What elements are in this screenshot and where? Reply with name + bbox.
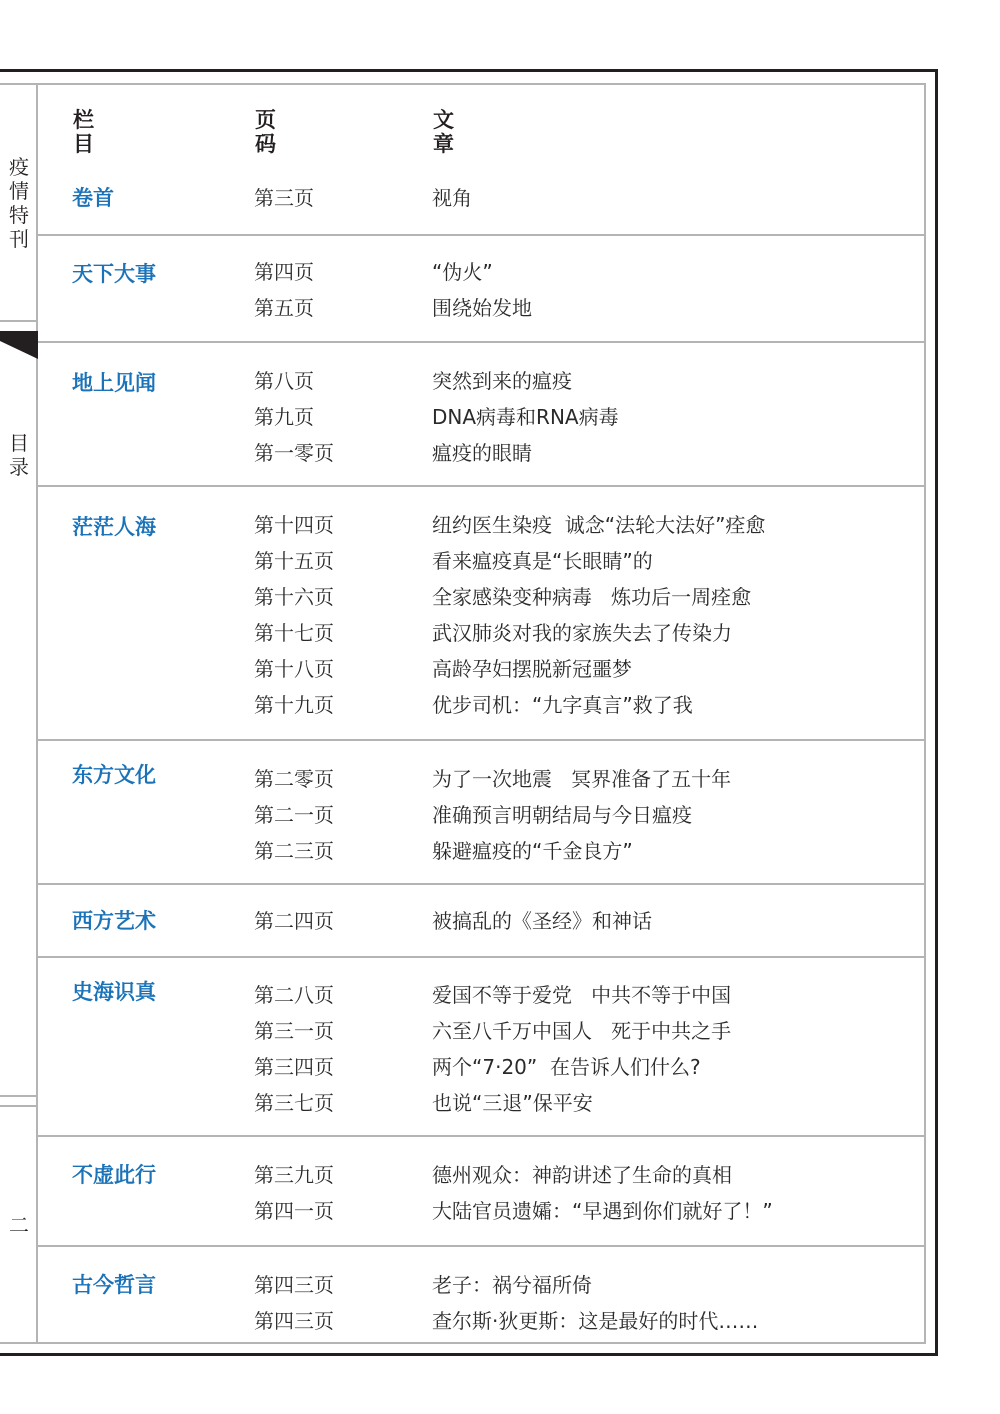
page-number: 第十六页 [254,579,334,615]
toc-section-western-art: 西方艺术 第二四页 被搞乱的《圣经》和神话 [38,883,924,956]
sidebar-char: 情 [0,179,38,203]
header-char: 码 [255,132,276,156]
page-number: 第二零页 [254,761,334,797]
sidebar-char: 刊 [0,227,38,251]
article-title[interactable]: 查尔斯·狄更斯：这是最好的时代…… [432,1303,758,1339]
article-title[interactable]: 德州观众：神韵讲述了生命的真相 [432,1157,773,1193]
toc-section-ancient-modern-wisdom: 古今哲言 第四三页 第四三页 老子：祸兮福所倚 查尔斯·狄更斯：这是最好的时代…… [38,1245,924,1342]
page-number: 第三四页 [254,1049,334,1085]
section-name[interactable]: 天下大事 [72,256,156,292]
page-number: 第三七页 [254,1085,334,1121]
page-number: 第九页 [254,399,334,435]
sidebar-divider [0,320,36,322]
article-title[interactable]: 爱国不等于爱党 中共不等于中国 [432,977,731,1013]
toc-section-history-truth: 史海识真 第二八页 第三一页 第三四页 第三七页 爱国不等于爱党 中共不等于中国… [38,956,924,1135]
page-number: 第八页 [254,363,334,399]
article-title[interactable]: 视角 [432,180,472,216]
sidebar-divider [0,1105,36,1107]
header-char: 栏 [73,108,94,132]
sidebar: 疫 情 特 刊 目 录 二 [0,85,38,1342]
article-title[interactable]: DNA病毒和RNA病毒 [432,399,619,435]
section-name[interactable]: 史海识真 [72,974,156,1010]
page-number: 第十七页 [254,615,334,651]
column-header-page: 页 码 [255,108,276,156]
sidebar-label-page-number: 二 [0,1213,38,1237]
article-title[interactable]: 也说“三退”保平安 [432,1085,731,1121]
article-title[interactable]: 看来瘟疫真是“长眼睛”的 [432,543,765,579]
sidebar-char: 疫 [0,155,38,179]
sidebar-char: 特 [0,203,38,227]
sidebar-char: 目 [0,431,38,455]
toc-section-eastern-culture: 东方文化 第二零页 第二一页 第二三页 为了一次地震 冥界准备了五十年 准确预言… [38,739,924,883]
article-title[interactable]: 围绕始发地 [432,290,532,326]
sidebar-divider [0,1095,36,1097]
page-number: 第十五页 [254,543,334,579]
sidebar-char: 录 [0,455,38,479]
article-title[interactable]: 突然到来的瘟疫 [432,363,619,399]
sidebar-marker-triangle [0,331,38,359]
article-title[interactable]: 武汉肺炎对我的家族失去了传染力 [432,615,765,651]
page-number: 第二一页 [254,797,334,833]
page-number: 第三页 [254,180,314,216]
page-number: 第四页 [254,254,314,290]
section-name[interactable]: 古今哲言 [72,1267,156,1303]
page-number: 第四三页 [254,1267,334,1303]
toc-section-vast-sea-of-people: 茫茫人海 第十四页 第十五页 第十六页 第十七页 第十八页 第十九页 纽约医生染… [38,485,924,739]
article-title[interactable]: 准确预言明朝结局与今日瘟疫 [432,797,731,833]
article-title[interactable]: 躲避瘟疫的“千金良方” [432,833,731,869]
header-char: 文 [433,108,454,132]
header-char: 目 [73,132,94,156]
page-number: 第二三页 [254,833,334,869]
header-char: 章 [433,132,454,156]
header-char: 页 [255,108,276,132]
article-title[interactable]: 纽约医生染疫 诚念“法轮大法好”痊愈 [432,507,765,543]
page-number: 第三九页 [254,1157,334,1193]
sidebar-label-special-issue: 疫 情 特 刊 [0,155,38,251]
section-name[interactable]: 茫茫人海 [72,509,156,545]
column-header-section: 栏 目 [73,108,94,156]
page-number: 第十九页 [254,687,334,723]
page-number: 第十八页 [254,651,334,687]
section-name[interactable]: 不虚此行 [72,1157,156,1193]
page-number: 第四一页 [254,1193,334,1229]
column-header-article: 文 章 [433,108,454,156]
article-title[interactable]: 为了一次地震 冥界准备了五十年 [432,761,731,797]
article-title[interactable]: 瘟疫的眼睛 [432,435,619,471]
page-number: 第三一页 [254,1013,334,1049]
article-title[interactable]: 大陆官员遗孀：“早遇到你们就好了！” [432,1193,773,1229]
section-name[interactable]: 卷首 [72,180,114,216]
page-number: 第二四页 [254,903,334,939]
article-title[interactable]: 优步司机：“九字真言”救了我 [432,687,765,723]
toc-section-preface: 卷首 第三页 视角 [38,180,924,234]
page-number: 第十四页 [254,507,334,543]
toc-section-earthly-news: 地上见闻 第八页 第九页 第一零页 突然到来的瘟疫 DNA病毒和RNA病毒 瘟疫… [38,341,924,485]
article-title[interactable]: 被搞乱的《圣经》和神话 [432,903,652,939]
section-name[interactable]: 地上见闻 [72,365,156,401]
article-title[interactable]: “伪火” [432,254,532,290]
article-title[interactable]: 老子：祸兮福所倚 [432,1267,758,1303]
section-name[interactable]: 西方艺术 [72,903,156,939]
page-number: 第二八页 [254,977,334,1013]
page-number: 第一零页 [254,435,334,471]
article-title[interactable]: 两个“7·20” 在告诉人们什么? [432,1049,731,1085]
article-title[interactable]: 全家感染变种病毒 炼功后一周痊愈 [432,579,765,615]
sidebar-label-contents: 目 录 [0,431,38,479]
page-number: 第五页 [254,290,314,326]
article-title[interactable]: 六至八千万中国人 死于中共之手 [432,1013,731,1049]
article-title[interactable]: 高龄孕妇摆脱新冠噩梦 [432,651,765,687]
page-number: 第四三页 [254,1303,334,1339]
toc-section-world-affairs: 天下大事 第四页 第五页 “伪火” 围绕始发地 [38,234,924,341]
toc-section-worthwhile-trip: 不虚此行 第三九页 第四一页 德州观众：神韵讲述了生命的真相 大陆官员遗孀：“早… [38,1135,924,1245]
section-name[interactable]: 东方文化 [72,757,156,793]
